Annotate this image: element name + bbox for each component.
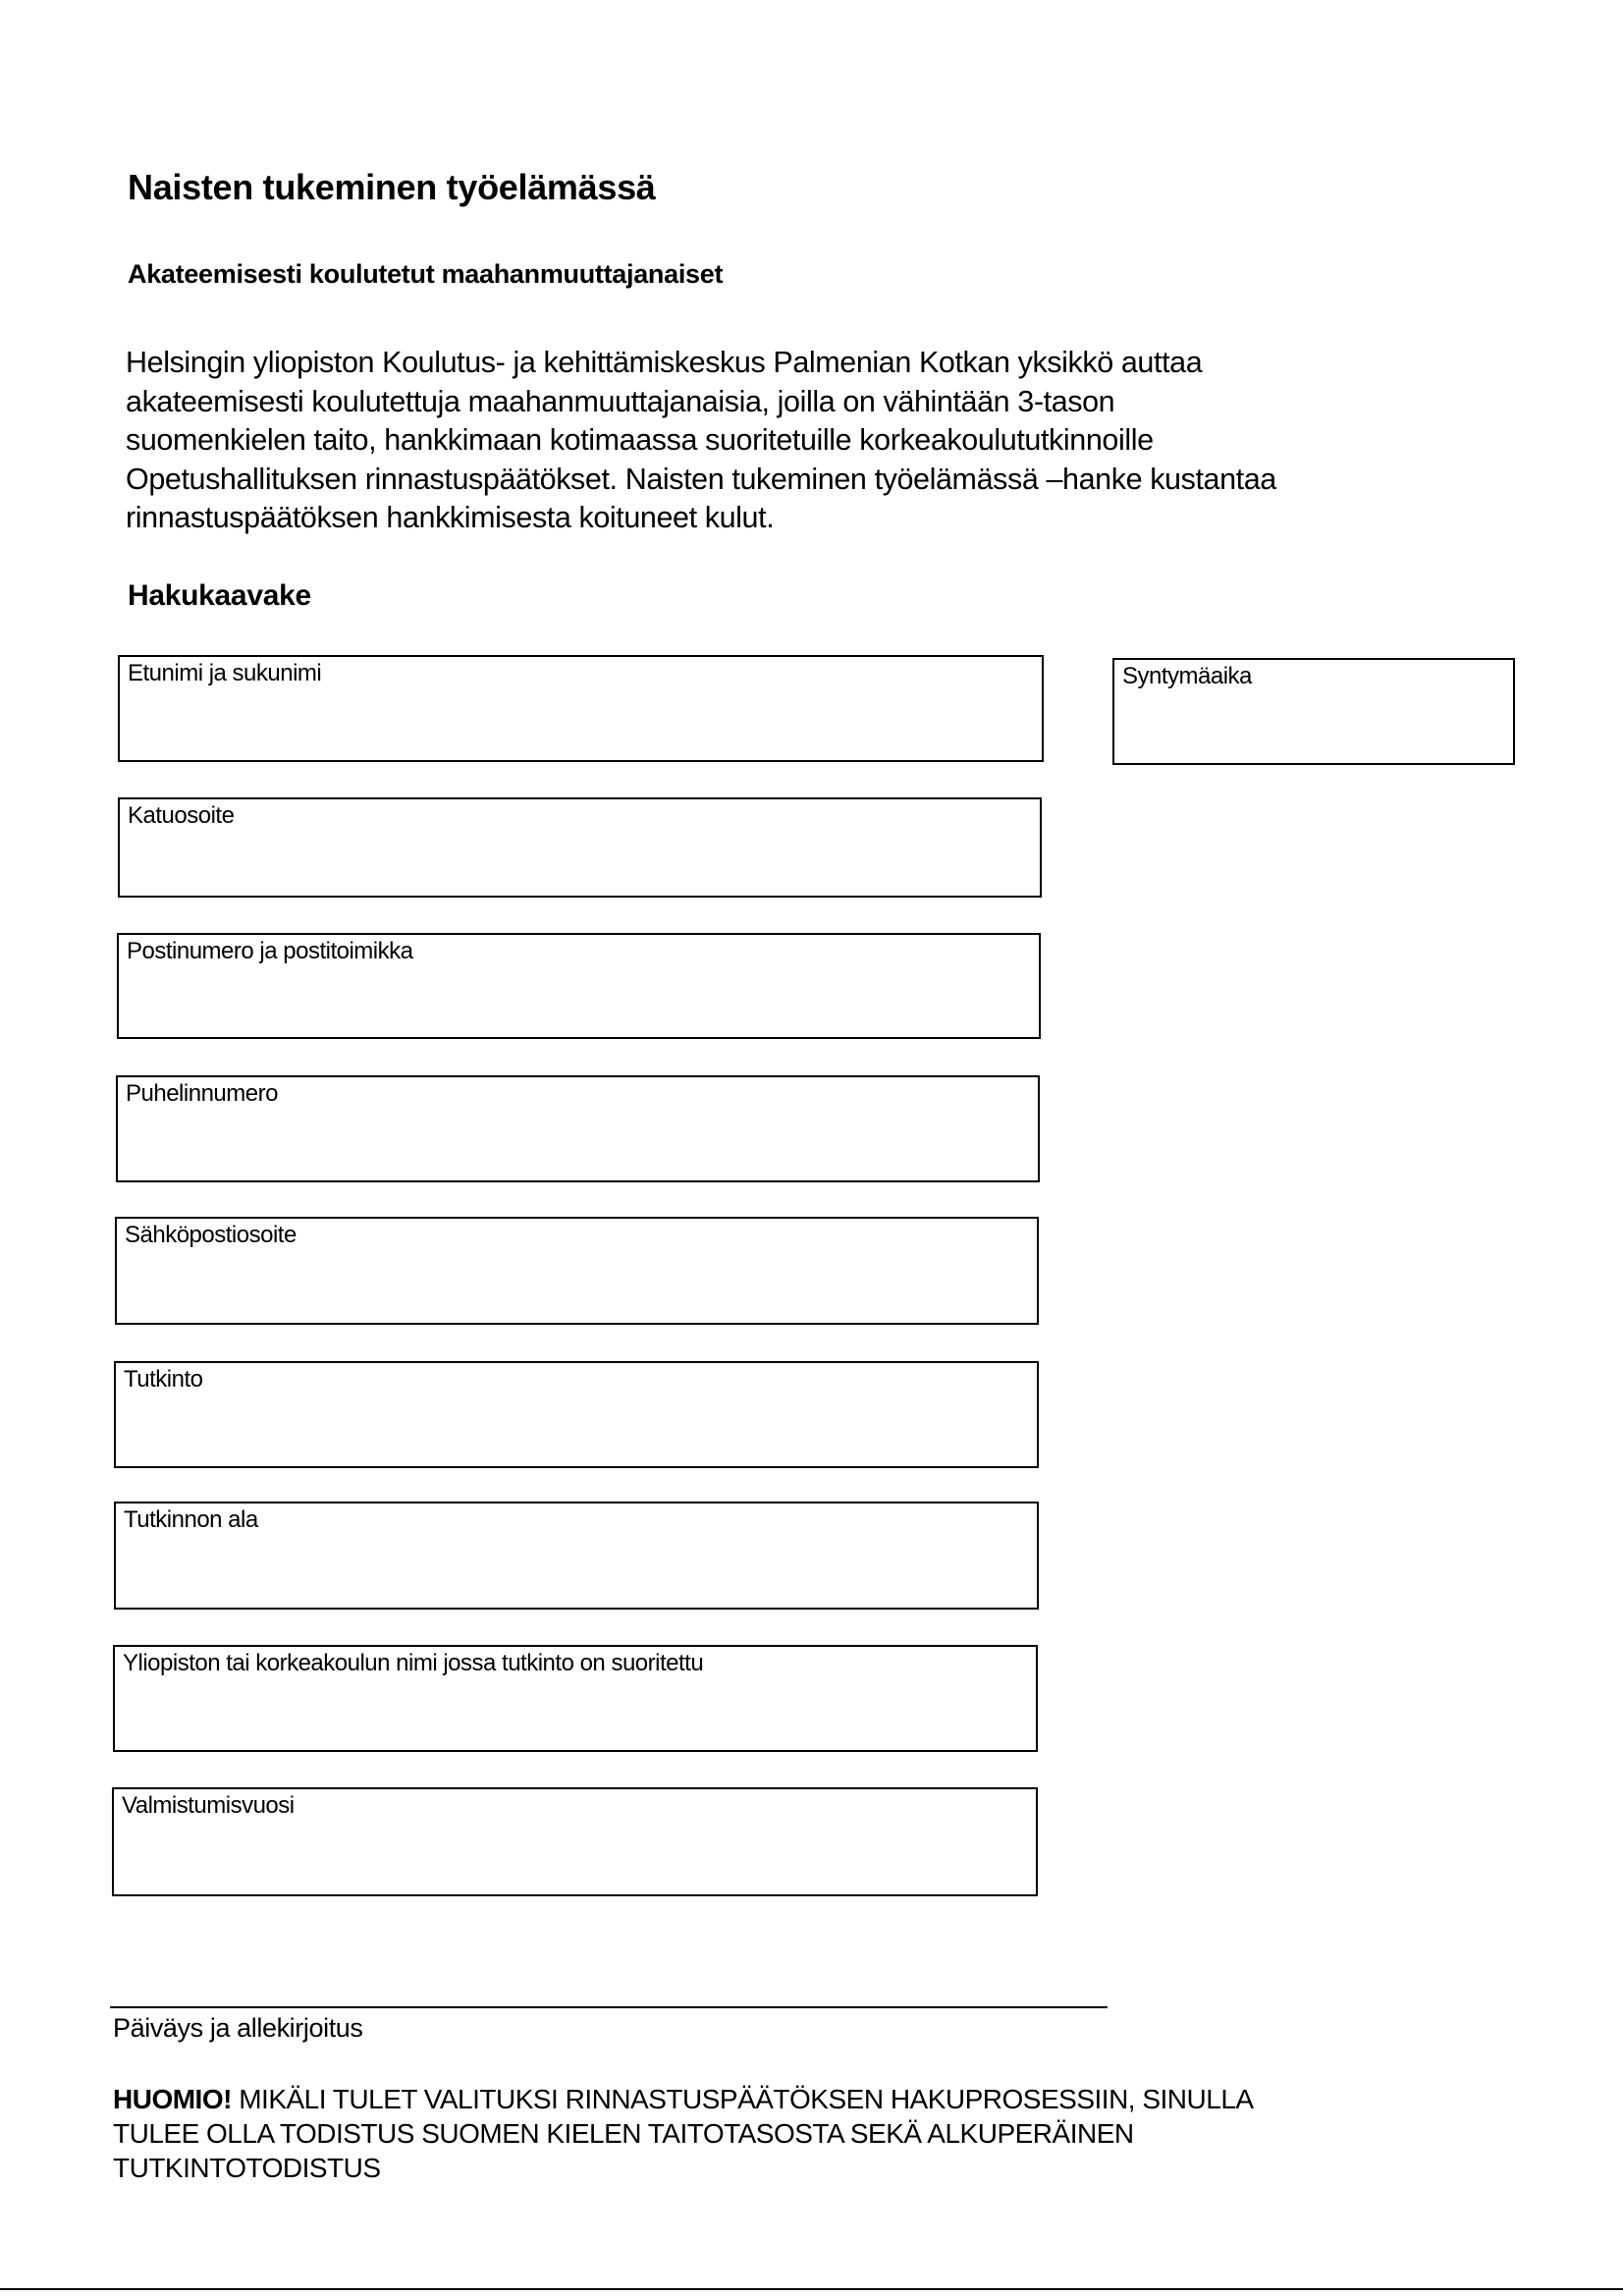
signature-label: Päiväys ja allekirjoitus	[113, 2013, 363, 2044]
degree-field[interactable]: Tutkinto	[114, 1361, 1039, 1468]
degree-field-of-study-field[interactable]: Tutkinnon ala	[114, 1502, 1039, 1610]
notice-line: HUOMIO! MIKÄLI TULET VALITUKSI RINNASTUS…	[113, 2082, 1527, 2116]
intro-paragraph: Helsingin yliopiston Koulutus- ja kehitt…	[126, 344, 1520, 538]
degree-field-label: Tutkinto	[124, 1366, 202, 1394]
document-subtitle: Akateemisesti koulutetut maahanmuuttajan…	[128, 259, 723, 290]
intro-line: rinnastuspäätöksen hankkimisesta koitune…	[126, 499, 1520, 538]
name-field-label: Etunimi ja sukunimi	[128, 660, 321, 687]
university-name-field-label: Yliopiston tai korkeakoulun nimi jossa t…	[123, 1650, 703, 1677]
phone-field[interactable]: Puhelinnumero	[116, 1075, 1040, 1182]
email-field-label: Sähköpostiosoite	[125, 1222, 297, 1249]
notice-line: TULEE OLLA TODISTUS SUOMEN KIELEN TAITOT…	[113, 2116, 1527, 2151]
form-heading: Hakukaavake	[128, 579, 311, 613]
intro-line: Opetushallituksen rinnastuspäätökset. Na…	[126, 461, 1520, 500]
birthdate-field[interactable]: Syntymäaika	[1112, 658, 1515, 765]
street-address-field[interactable]: Katuosoite	[118, 797, 1042, 898]
street-address-field-label: Katuosoite	[128, 802, 234, 830]
intro-line: Helsingin yliopiston Koulutus- ja kehitt…	[126, 344, 1520, 383]
notice-emphasis: HUOMIO!	[113, 2084, 232, 2114]
graduation-year-field[interactable]: Valmistumisvuosi	[112, 1787, 1038, 1896]
page-bottom-rule	[0, 2288, 1623, 2290]
notice-text: MIKÄLI TULET VALITUKSI RINNASTUSPÄÄTÖKSE…	[232, 2084, 1254, 2114]
intro-line: akateemisesti koulutettuja maahanmuuttaj…	[126, 383, 1520, 422]
degree-field-of-study-field-label: Tutkinnon ala	[124, 1506, 258, 1534]
birthdate-field-label: Syntymäaika	[1122, 663, 1252, 690]
postal-code-city-field-label: Postinumero ja postitoimikka	[127, 938, 412, 965]
university-name-field[interactable]: Yliopiston tai korkeakoulun nimi jossa t…	[113, 1645, 1038, 1752]
intro-line: suomenkielen taito, hankkimaan kotimaass…	[126, 421, 1520, 461]
postal-code-city-field[interactable]: Postinumero ja postitoimikka	[117, 933, 1041, 1039]
graduation-year-field-label: Valmistumisvuosi	[122, 1792, 295, 1820]
name-field[interactable]: Etunimi ja sukunimi	[118, 655, 1044, 762]
notice: HUOMIO! MIKÄLI TULET VALITUKSI RINNASTUS…	[113, 2082, 1527, 2185]
email-field[interactable]: Sähköpostiosoite	[115, 1217, 1039, 1325]
document-title: Naisten tukeminen työelämässä	[128, 167, 656, 208]
notice-line: TUTKINTOTODISTUS	[113, 2151, 1527, 2185]
signature-line[interactable]	[110, 2006, 1108, 2008]
phone-field-label: Puhelinnumero	[126, 1080, 278, 1108]
